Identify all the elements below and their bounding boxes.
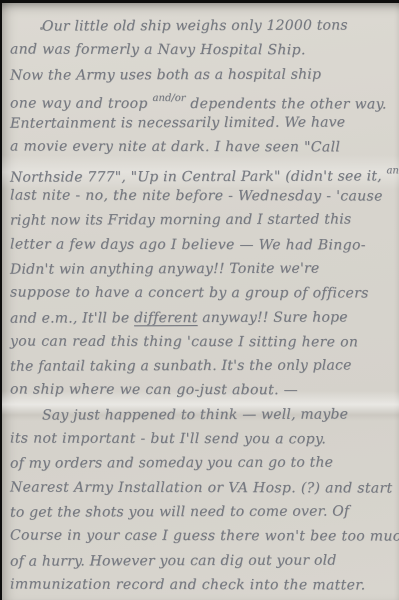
scanned-letter-frame: Our little old ship weighs only 12000 to…	[0, 0, 399, 600]
letter-text: Didn't win anything anyway!! Tonite we'r…	[10, 261, 319, 278]
letter-text: of a hurry. However you can dig out your…	[10, 552, 337, 569]
letter-text: Our little old ship weighs only 12000 to…	[42, 17, 348, 34]
letter-text: you can read this thing 'cause I sitting…	[10, 333, 358, 350]
letter-text: one way and troop	[10, 95, 153, 111]
letter-text: and was formerly a Navy Hospital Ship.	[10, 42, 306, 59]
letter-text: a movie every nite at dark. I have seen …	[10, 139, 340, 156]
letter-line: and was formerly a Navy Hospital Ship.	[10, 38, 395, 63]
letter-text: immunization record and check into the m…	[10, 576, 366, 593]
letter-text: letter a few days ago I believe — We had…	[10, 236, 366, 253]
letter-line: on ship where we can go-just about. —	[10, 378, 395, 403]
letter-line: immunization record and check into the m…	[10, 572, 395, 597]
letter-text: Say just happened to think — well, maybe	[42, 406, 348, 423]
letter-line: Didn't win anything anyway!! Tonite we'r…	[10, 256, 395, 282]
letter-line: a movie every nite at dark. I have seen …	[10, 135, 395, 160]
letter-text: its not important - but I'll send you a …	[10, 431, 326, 448]
letter-line: one way and troop and/or dependents the …	[10, 86, 395, 111]
letter-text: right now its Friday morning and I start…	[10, 212, 351, 229]
letter-line: and e.m., It'll be different anyway!! Su…	[10, 305, 395, 331]
letter-text: and e.m., It'll be	[10, 310, 134, 326]
letter-text: to get the shots you will need to come o…	[10, 503, 349, 520]
letter-line: Entertainment is necessarily limited. We…	[10, 111, 395, 137]
letter-line: right now its Friday morning and I start…	[10, 208, 395, 234]
letter-text: the fantail taking a sunbath. It's the o…	[10, 358, 352, 375]
letter-text: anyway!! Sure hope	[198, 309, 348, 326]
letter-line: the fantail taking a sunbath. It's the o…	[10, 353, 395, 379]
letter-line: to get the shots you will need to come o…	[10, 499, 395, 525]
letter-text: Course in your case I guess there won't …	[10, 528, 399, 545]
letter-text: different	[134, 310, 198, 326]
letter-line: last nite - no, the nite before - Wednes…	[10, 184, 395, 209]
letter-text: suppose to have a concert by a group of …	[10, 285, 369, 302]
letter-text: Nearest Army Installation or VA Hosp. (?…	[10, 479, 393, 496]
letter-line: its not important - but I'll send you a …	[10, 427, 395, 452]
letter-line: suppose to have a concert by a group of …	[10, 281, 395, 306]
letter-line: letter a few days ago I believe — We had…	[10, 232, 395, 257]
letter-line: Nearest Army Installation or VA Hosp. (?…	[10, 475, 395, 500]
letter-line: of a hurry. However you can dig out your…	[10, 548, 395, 574]
inserted-word: and others.	[386, 165, 399, 176]
letter-line: of my orders and someday you can go to t…	[10, 451, 395, 477]
letter-line: Northside 777", "Up in Central Park" (di…	[10, 159, 395, 185]
letter-line: Say just happened to think — well, maybe	[10, 402, 395, 428]
letter-line: Now the Army uses both as a hospital shi…	[10, 62, 395, 88]
letter-line: Course in your case I guess there won't …	[10, 524, 395, 549]
letter-line: Our little old ship weighs only 12000 to…	[10, 13, 395, 39]
letter-text: Now the Army uses both as a hospital shi…	[10, 66, 321, 83]
letter-body: Our little old ship weighs only 12000 to…	[10, 14, 395, 597]
letter-text: last nite - no, the nite before - Wednes…	[10, 188, 383, 205]
letter-text: of my orders and someday you can go to t…	[10, 455, 333, 472]
letter-paper: Our little old ship weighs only 12000 to…	[2, 3, 399, 600]
letter-line: you can read this thing 'cause I sitting…	[10, 329, 395, 354]
inserted-word: and/or	[153, 93, 186, 104]
letter-text: Entertainment is necessarily limited. We…	[10, 115, 345, 132]
letter-text: on ship where we can go-just about. —	[10, 382, 298, 399]
